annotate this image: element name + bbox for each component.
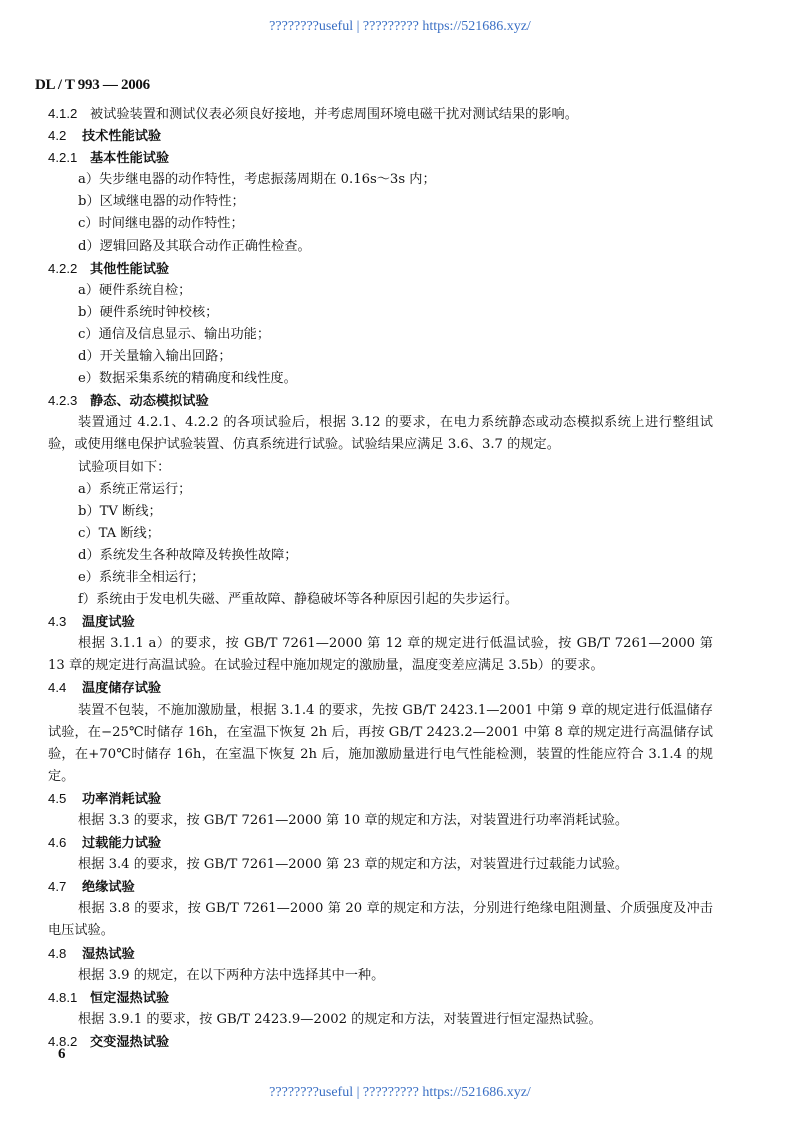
heading-4-3: 4.3温度试验: [48, 611, 713, 633]
heading-number: 4.3: [48, 611, 76, 633]
heading-4-6: 4.6过载能力试验: [48, 832, 713, 854]
heading-number: 4.8.1: [48, 987, 84, 1009]
paragraph: 根据 3.1.1 a）的要求，按 GB/T 7261—2000 第 12 章的规…: [48, 633, 713, 677]
paragraph: 根据 3.8 的要求，按 GB/T 7261—2000 第 20 章的规定和方法…: [48, 898, 713, 942]
heading-4-8-1: 4.8.1恒定湿热试验: [48, 987, 713, 1009]
list-item: b）区域继电器的动作特性；: [48, 191, 713, 213]
heading-4-5: 4.5功率消耗试验: [48, 788, 713, 810]
heading-title: 温度储存试验: [82, 681, 161, 696]
paragraph-intro: 试验项目如下：: [48, 457, 713, 479]
heading-4-2-2: 4.2.2其他性能试验: [48, 258, 713, 280]
heading-number: 4.2.1: [48, 147, 84, 169]
heading-4-2-3: 4.2.3静态、动态模拟试验: [48, 390, 713, 412]
page-number: 6: [58, 1046, 66, 1063]
list-item: d）逻辑回路及其联合动作正确性检查。: [48, 236, 713, 258]
heading-4-4: 4.4温度储存试验: [48, 677, 713, 699]
list-item: a）系统正常运行；: [48, 479, 713, 501]
heading-4-2-1: 4.2.1基本性能试验: [48, 147, 713, 169]
list-item: d）系统发生各种故障及转换性故障；: [48, 545, 713, 567]
heading-number: 4.2.2: [48, 258, 84, 280]
list-item: c）TA 断线；: [48, 523, 713, 545]
heading-title: 交变湿热试验: [90, 1035, 169, 1050]
clause-text: 被试验装置和测试仪表必须良好接地，并考虑周围环境电磁干扰对测试结果的影响。: [90, 107, 578, 122]
clause-number: 4.1.2: [48, 103, 84, 125]
heading-number: 4.6: [48, 832, 76, 854]
heading-title: 温度试验: [82, 615, 135, 630]
heading-4-2: 4.2技术性能试验: [48, 125, 713, 147]
paragraph: 根据 3.9 的规定，在以下两种方法中选择其中一种。: [48, 965, 713, 987]
heading-number: 4.2.3: [48, 390, 84, 412]
list-item: a）硬件系统自检；: [48, 280, 713, 302]
list-item: c）通信及信息显示、输出功能；: [48, 324, 713, 346]
list-item: d）开关量输入输出回路；: [48, 346, 713, 368]
list-item: e）系统非全相运行；: [48, 567, 713, 589]
heading-number: 4.2: [48, 125, 76, 147]
heading-title: 技术性能试验: [82, 129, 161, 144]
heading-title: 湿热试验: [82, 947, 135, 962]
paragraph: 根据 3.3 的要求，按 GB/T 7261—2000 第 10 章的规定和方法…: [48, 810, 713, 832]
heading-number: 4.8: [48, 943, 76, 965]
list-item: f）系统由于发电机失磁、严重故障、静稳破坏等各种原因引起的失步运行。: [48, 589, 713, 611]
heading-number: 4.8.2: [48, 1031, 84, 1053]
heading-4-8-2: 4.8.2交变湿热试验: [48, 1031, 713, 1053]
clause-4-1-2: 4.1.2被试验装置和测试仪表必须良好接地，并考虑周围环境电磁干扰对测试结果的影…: [48, 103, 713, 125]
heading-number: 4.7: [48, 876, 76, 898]
heading-title: 基本性能试验: [90, 151, 169, 166]
paragraph: 装置不包装，不施加激励量，根据 3.1.4 的要求，先按 GB/T 2423.1…: [48, 700, 713, 788]
list-item: c）时间继电器的动作特性；: [48, 213, 713, 235]
heading-title: 功率消耗试验: [82, 792, 161, 807]
list-item: b）硬件系统时钟校核；: [48, 302, 713, 324]
heading-4-7: 4.7绝缘试验: [48, 876, 713, 898]
paragraph: 装置通过 4.2.1、4.2.2 的各项试验后，根据 3.12 的要求，在电力系…: [48, 412, 713, 456]
heading-title: 恒定湿热试验: [90, 991, 169, 1006]
heading-number: 4.5: [48, 788, 76, 810]
heading-title: 过载能力试验: [82, 836, 161, 851]
heading-title: 其他性能试验: [90, 262, 169, 277]
heading-number: 4.4: [48, 677, 76, 699]
document-id-header: DL / T 993 — 2006: [35, 77, 150, 94]
paragraph: 根据 3.9.1 的要求，按 GB/T 2423.9—2002 的规定和方法，对…: [48, 1009, 713, 1031]
list-item: b）TV 断线；: [48, 501, 713, 523]
watermark-top: ????????useful | ????????? https://52168…: [0, 19, 800, 35]
watermark-bottom: ????????useful | ????????? https://52168…: [0, 1085, 800, 1101]
heading-title: 静态、动态模拟试验: [90, 394, 209, 409]
list-item: e）数据采集系统的精确度和线性度。: [48, 368, 713, 390]
paragraph: 根据 3.4 的要求，按 GB/T 7261—2000 第 23 章的规定和方法…: [48, 854, 713, 876]
heading-title: 绝缘试验: [82, 880, 135, 895]
list-item: a）失步继电器的动作特性，考虑振荡周期在 0.16s～3s 内；: [48, 169, 713, 191]
document-body: 4.1.2被试验装置和测试仪表必须良好接地，并考虑周围环境电磁干扰对测试结果的影…: [48, 103, 713, 1053]
heading-4-8: 4.8湿热试验: [48, 943, 713, 965]
